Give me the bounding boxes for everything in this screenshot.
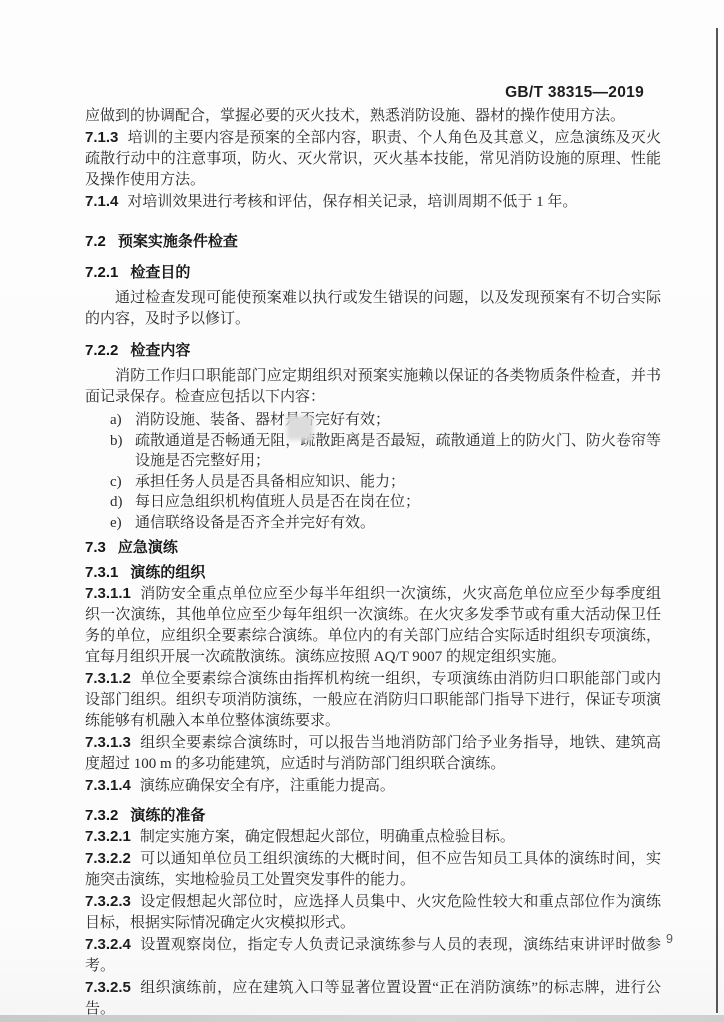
clause-number: 7.3.1.1: [85, 585, 131, 602]
list-marker: a): [110, 410, 122, 431]
clause-number: 7.1.3: [85, 129, 118, 146]
subsection-number: 7.2.1: [85, 264, 118, 281]
clause-7-3-2-2: 7.3.2.2可以通知单位员工组织演练的大概时间，但不应告知员工具体的演练时间，…: [85, 848, 661, 891]
clause-text: 设定假想起火部位时，应选择人员集中、火灾危险性较大和重点部位作为演练目标，根据实…: [85, 894, 661, 931]
clause-number: 7.3.2.1: [85, 828, 131, 845]
clause-7-3-2-5: 7.3.2.5组织演练前，应在建筑入口等显著位置设置“正在消防演练”的标志牌，进…: [85, 977, 661, 1020]
clause-number: 7.3.1.3: [85, 734, 131, 751]
list-item-d: d)每日应急组织机构值班人员是否在岗在位；: [85, 492, 661, 513]
page-content: 应做到的协调配合，掌握必要的灭火技术，熟悉消防设施、器材的操作使用方法。 7.1…: [85, 106, 661, 1020]
clause-text: 制定实施方案，确定假想起火部位，明确重点检验目标。: [140, 829, 515, 845]
clause-text: 培训的主要内容是预案的全部内容，职责、个人角色及其意义，应急演练及灭火疏散行动中…: [85, 130, 661, 188]
list-item-e: e)通信联络设备是否齐全并完好有效。: [85, 513, 661, 534]
continuation-paragraph: 应做到的协调配合，掌握必要的灭火技术，熟悉消防设施、器材的操作使用方法。: [85, 106, 661, 127]
scan-smudge-artifact: [287, 416, 313, 440]
subsection-heading-7-2-2: 7.2.2检查内容: [85, 340, 661, 361]
clause-text: 单位全要素综合演练由指挥机构统一组织，专项演练由消防归口职能部门或内设部门组织。…: [85, 671, 661, 729]
clause-text: 消防安全重点单位应至少每半年组织一次演练，火灾高危单位应至少每季度组织一次演练，…: [85, 586, 661, 665]
subsection-number: 7.2.2: [85, 342, 118, 359]
clause-7-3-1-2: 7.3.1.2单位全要素综合演练由指挥机构统一组织，专项演练由消防归口职能部门或…: [85, 668, 661, 732]
clause-7-3-2-3: 7.3.2.3设定假想起火部位时，应选择人员集中、火灾危险性较大和重点部位作为演…: [85, 891, 661, 934]
clause-text: 对培训效果进行考核和评估，保存相关记录，培训周期不低于 1 年。: [127, 194, 577, 210]
subsection-heading-7-3-1: 7.3.1演练的组织: [85, 562, 661, 583]
section-heading-7-2: 7.2预案实施条件检查: [85, 231, 661, 252]
clause-7-3-1-1: 7.3.1.1消防安全重点单位应至少每半年组织一次演练，火灾高危单位应至少每季度…: [85, 583, 661, 668]
list-item-text: 每日应急组织机构值班人员是否在岗在位；: [135, 494, 420, 510]
clause-7-3-2-1: 7.3.2.1制定实施方案，确定假想起火部位，明确重点检验目标。: [85, 826, 661, 848]
subsection-number: 7.3.2: [85, 807, 118, 824]
clause-number: 7.3.2.2: [85, 850, 131, 867]
clause-7-1-3: 7.1.3培训的主要内容是预案的全部内容，职责、个人角色及其意义，应急演练及灭火…: [85, 127, 661, 191]
subsection-number: 7.3.1: [85, 564, 118, 581]
scan-edge-line: [716, 28, 718, 1013]
clause-text: 组织演练前，应在建筑入口等显著位置设置“正在消防演练”的标志牌，进行公告。: [85, 980, 661, 1017]
clause-text: 设置观察岗位，指定专人负责记录演练参与人员的表现，演练结束讲评时做参考。: [85, 937, 661, 974]
list-marker: c): [110, 472, 122, 493]
clause-7-1-4: 7.1.4对培训效果进行考核和评估，保存相关记录，培训周期不低于 1 年。: [85, 191, 661, 213]
clause-number: 7.3.2.4: [85, 936, 131, 953]
subsection-title: 演练的组织: [130, 564, 205, 581]
check-items-list: a)消防设施、装备、器材是否完好有效； b)疏散通道是否畅通无阻，疏散距离是否最…: [85, 410, 661, 533]
clause-number: 7.3.1.4: [85, 777, 131, 794]
list-item-c: c)承担任务人员是否具备相应知识、能力；: [85, 472, 661, 493]
section-number: 7.2: [85, 233, 106, 250]
subsection-heading-7-3-2: 7.3.2演练的准备: [85, 805, 661, 826]
section-title: 预案实施条件检查: [118, 233, 238, 250]
list-marker: b): [110, 431, 123, 452]
clause-7-3-1-4: 7.3.1.4演练应确保安全有序，注重能力提高。: [85, 775, 661, 797]
list-item-text: 承担任务人员是否具备相应知识、能力；: [135, 474, 405, 490]
section-number: 7.3: [85, 539, 106, 556]
list-marker: e): [110, 513, 122, 534]
standard-code-header: GB/T 38315—2019: [505, 84, 644, 102]
section-heading-7-3: 7.3应急演练: [85, 537, 661, 558]
list-item-b: b)疏散通道是否畅通无阻，疏散距离是否最短，疏散通道上的防火门、防火卷帘等设施是…: [85, 431, 661, 472]
section-title: 应急演练: [118, 539, 178, 556]
list-item-text: 通信联络设备是否齐全并完好有效。: [135, 515, 375, 531]
clause-7-3-2-4: 7.3.2.4设置观察岗位，指定专人负责记录演练参与人员的表现，演练结束讲评时做…: [85, 934, 661, 977]
list-item-a: a)消防设施、装备、器材是否完好有效；: [85, 410, 661, 431]
clause-number: 7.1.4: [85, 193, 118, 210]
page-number: 9: [666, 932, 673, 946]
list-marker: d): [110, 492, 123, 513]
clause-number: 7.3.1.2: [85, 670, 131, 687]
list-item-text: 疏散通道是否畅通无阻，疏散距离是否最短，疏散通道上的防火门、防火卷帘等设施是否完…: [135, 433, 661, 470]
scan-bottom-shadow: [0, 1015, 724, 1022]
subsection-title: 检查内容: [130, 342, 190, 359]
clause-text: 组织全要素综合演练时，可以报告当地消防部门给予业务指导，地铁、建筑高度超过 10…: [85, 735, 661, 772]
clause-text: 可以通知单位员工组织演练的大概时间，但不应告知员工具体的演练时间，实施突击演练，…: [85, 851, 661, 888]
scanned-document-page: GB/T 38315—2019 应做到的协调配合，掌握必要的灭火技术，熟悉消防设…: [0, 0, 724, 1022]
subsection-title: 演练的准备: [130, 807, 205, 824]
list-item-text: 消防设施、装备、器材是否完好有效；: [135, 412, 390, 428]
subsection-heading-7-2-1: 7.2.1检查目的: [85, 262, 661, 283]
clause-7-3-1-3: 7.3.1.3组织全要素综合演练时，可以报告当地消防部门给予业务指导，地铁、建筑…: [85, 732, 661, 775]
clause-text: 演练应确保安全有序，注重能力提高。: [140, 778, 395, 794]
subsection-title: 检查目的: [130, 264, 190, 281]
paragraph-7-2-2: 消防工作归口职能部门应定期组织对预案实施赖以保证的各类物质条件检查，并书面记录保…: [85, 366, 661, 408]
paragraph-7-2-1: 通过检查发现可能使预案难以执行或发生错误的问题，以及发现预案有不切合实际的内容，…: [85, 288, 661, 330]
clause-number: 7.3.2.3: [85, 893, 131, 910]
clause-number: 7.3.2.5: [85, 979, 131, 996]
